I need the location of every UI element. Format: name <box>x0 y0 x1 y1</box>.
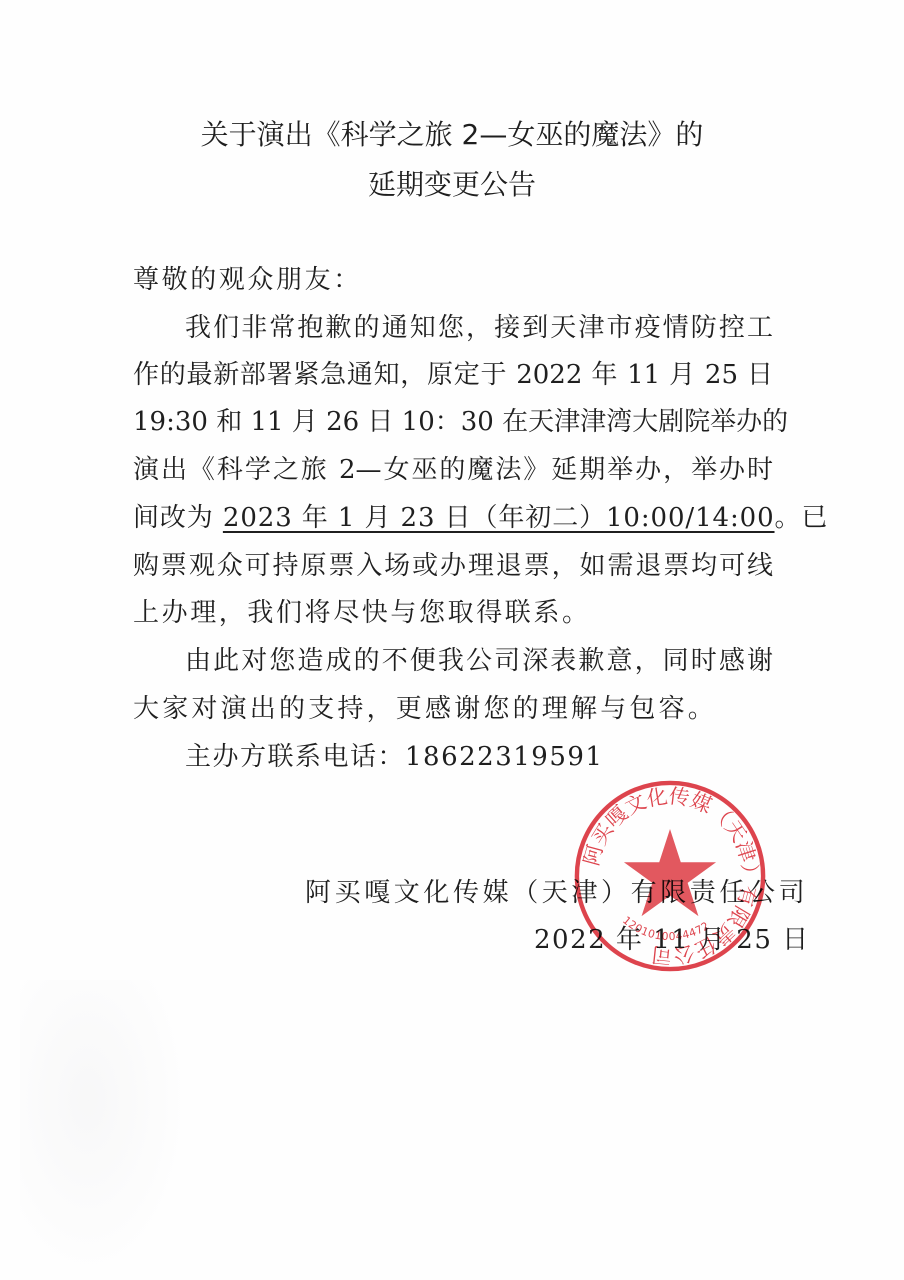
notice-title-line1: 关于演出《科学之旅 2—女巫的魔法》的 <box>0 113 904 153</box>
paragraph1-line6: 购票观众可持原票入场或办理退票，如需退票均可线 <box>133 551 773 581</box>
contact-line: 主办方联系电话：18622319591 <box>185 742 825 772</box>
paragraph1-line7: 上办理，我们将尽快与您取得联系。 <box>133 598 773 628</box>
line5-prefix: 间改为 <box>133 503 223 533</box>
paragraph1-line1: 我们非常抱歉的通知您，接到天津市疫情防控工 <box>185 313 773 343</box>
notice-title-line2: 延期变更公告 <box>0 163 904 203</box>
document-page: 关于演出《科学之旅 2—女巫的魔法》的 延期变更公告 尊敬的观众朋友： 我们非常… <box>0 0 904 1280</box>
paragraph1-line2: 作的最新部署紧急通知，原定于 2022 年 11 月 25 日 <box>133 360 773 390</box>
new-schedule-underlined: 2023 年 1 月 23 日（年初二）10:00/14:00 <box>223 503 775 533</box>
scan-smudge <box>20 980 190 1280</box>
company-seal: 阿买嘎文化传媒（天津）有限责任公司 1201010044472 <box>572 778 768 974</box>
star-icon <box>624 829 716 916</box>
paragraph2-line1: 由此对您造成的不便我公司深表歉意，同时感谢 <box>185 646 773 676</box>
contact-label: 主办方联系电话： <box>185 742 405 772</box>
contact-phone: 18622319591 <box>405 742 603 772</box>
paragraph1-line5: 间改为 2023 年 1 月 23 日（年初二）10:00/14:00。已 <box>133 503 773 533</box>
line5-suffix: 。已 <box>775 503 829 533</box>
paragraph1-line4: 演出《科学之旅 2—女巫的魔法》延期举办，举办时 <box>133 455 773 485</box>
salutation: 尊敬的观众朋友： <box>133 265 773 295</box>
paragraph2-line2: 大家对演出的支持，更感谢您的理解与包容。 <box>133 694 773 724</box>
paragraph1-line3: 19:30 和 11 月 26 日 10：30 在天津津湾大剧院举办的 <box>133 407 773 437</box>
